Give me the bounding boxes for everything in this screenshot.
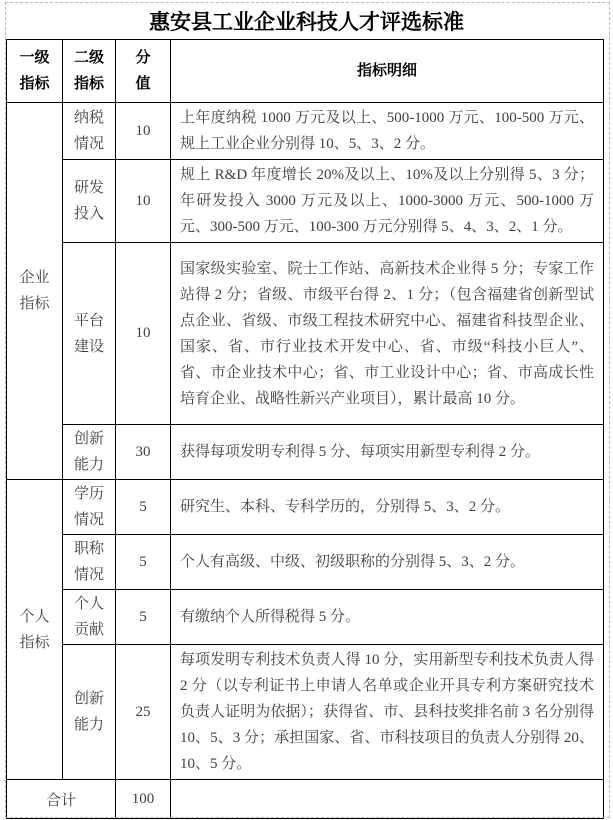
detail-cell: 获得每项发明专利得 5 分、每项实用新型专利得 2 分。 [171, 425, 604, 480]
indicator-cell: 创新 能力 [63, 645, 116, 780]
detail-cell: 有缴纳个人所得税得 5 分。 [171, 590, 604, 645]
score-cell: 25 [116, 645, 171, 780]
score-cell: 5 [116, 590, 171, 645]
table-row: 研发 投入 10 规上 R&D 年度增长 20%及以上、10%及以上分别得 5、… [7, 160, 604, 243]
page-title: 惠安县工业企业科技人才评选标准 [0, 0, 613, 39]
detail-cell: 个人有高级、中级、初级职称的分别得 5、3、2 分。 [171, 535, 604, 590]
total-score-cell: 100 [116, 780, 171, 819]
indicator-cell: 创新 能力 [63, 425, 116, 480]
table-row: 创新 能力 25 每项发明专利技术负责人得 10 分，实用新型专利技术负责人得 … [7, 645, 604, 780]
table-row: 创新 能力 30 获得每项发明专利得 5 分、每项实用新型专利得 2 分。 [7, 425, 604, 480]
table-row: 平台 建设 10 国家级实验室、院士工作站、高新技术企业得 5 分；专家工作站得… [7, 243, 604, 425]
table-row: 企业 指标 纳税 情况 10 上年度纳税 1000 万元及以上、500-1000… [7, 103, 604, 160]
indicator-cell: 研发 投入 [63, 160, 116, 243]
score-cell: 5 [116, 535, 171, 590]
total-detail-cell [171, 780, 604, 819]
total-row: 合计 100 [7, 780, 604, 819]
detail-cell: 国家级实验室、院士工作站、高新技术企业得 5 分；专家工作站得 2 分；省级、市… [171, 243, 604, 425]
criteria-table: 一级 指标 二级 指标 分 值 指标明细 企业 指标 纳税 情况 10 上年度纳… [6, 39, 604, 819]
table-row: 职称 情况 5 个人有高级、中级、初级职称的分别得 5、3、2 分。 [7, 535, 604, 590]
detail-cell: 上年度纳税 1000 万元及以上、500-1000 万元、100-500 万元、… [171, 103, 604, 160]
detail-cell: 规上 R&D 年度增长 20%及以上、10%及以上分别得 5、3 分；年研发投入… [171, 160, 604, 243]
score-cell: 10 [116, 103, 171, 160]
indicator-cell: 个人 贡献 [63, 590, 116, 645]
indicator-cell: 纳税 情况 [63, 103, 116, 160]
table-row: 个人 指标 学历 情况 5 研究生、本科、专科学历的，分别得 5、3、2 分。 [7, 480, 604, 535]
group-cell-personal: 个人 指标 [7, 480, 63, 780]
score-cell: 5 [116, 480, 171, 535]
score-cell: 10 [116, 243, 171, 425]
score-cell: 30 [116, 425, 171, 480]
score-cell: 10 [116, 160, 171, 243]
header-detail-col: 指标明细 [171, 40, 604, 103]
group-cell-enterprise: 企业 指标 [7, 103, 63, 480]
header-level1-col: 一级 指标 [7, 40, 63, 103]
detail-cell: 研究生、本科、专科学历的，分别得 5、3、2 分。 [171, 480, 604, 535]
indicator-cell: 学历 情况 [63, 480, 116, 535]
header-row: 一级 指标 二级 指标 分 值 指标明细 [7, 40, 604, 103]
header-level2-col: 二级 指标 [63, 40, 116, 103]
table-row: 个人 贡献 5 有缴纳个人所得税得 5 分。 [7, 590, 604, 645]
total-label-cell: 合计 [7, 780, 116, 819]
header-score-col: 分 值 [116, 40, 171, 103]
indicator-cell: 平台 建设 [63, 243, 116, 425]
detail-cell: 每项发明专利技术负责人得 10 分，实用新型专利技术负责人得 2 分（以专利证书… [171, 645, 604, 780]
indicator-cell: 职称 情况 [63, 535, 116, 590]
